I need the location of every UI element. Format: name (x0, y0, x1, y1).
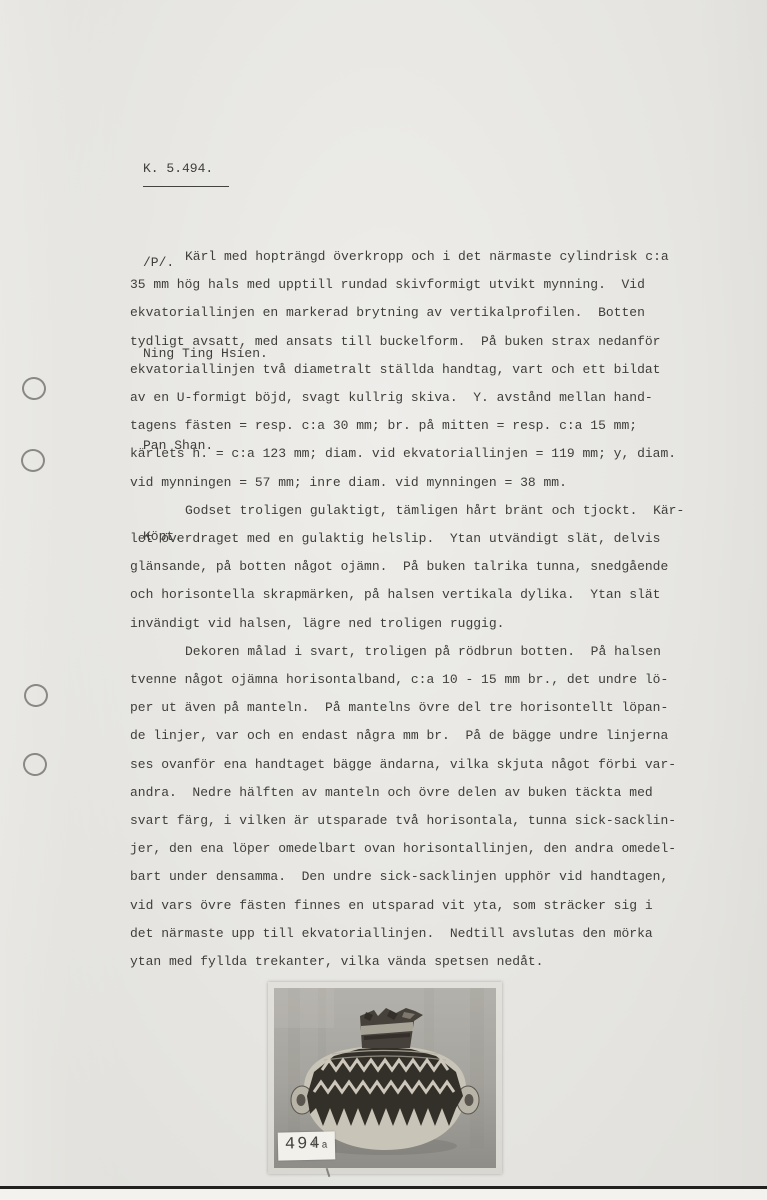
text-line: let överdraget med en gulaktig helslip. … (130, 525, 690, 553)
text-line: kärlets h. = c:a 123 mm; diam. vid ekvat… (130, 440, 690, 468)
text-line: 35 mm hög hals med upptill rundad skivfo… (130, 271, 690, 299)
text-line: ekvatoriallinjen två diametralt ställda … (130, 356, 690, 384)
text-line: Godset troligen gulaktigt, tämligen hårt… (130, 497, 690, 525)
photo-number-label: 494a (278, 1131, 335, 1160)
punch-hole (22, 752, 48, 777)
text-line: Dekoren målad i svart, troligen på rödbr… (130, 638, 690, 666)
text-line: ses ovanför ena handtaget bägge ändarna,… (130, 751, 690, 779)
scan-background-strip (0, 1189, 767, 1200)
paragraph-1: Kärl med hopträngd överkropp och i det n… (130, 243, 690, 497)
punch-hole (21, 375, 48, 401)
text-line: jer, den ena löper omedelbart ovan horis… (130, 835, 690, 863)
text-line: tagens fästen = resp. c:a 30 mm; br. på … (130, 412, 690, 440)
text-line: tydligt avsatt, med ansats till buckelfo… (130, 328, 690, 356)
description-text: Kärl med hopträngd överkropp och i det n… (130, 243, 690, 976)
photo-image-area: 494a (274, 988, 496, 1168)
handle-hole-right (465, 1094, 474, 1106)
text-line: vid vars övre fästen finnes en utsparad … (130, 892, 690, 920)
text-line: per ut även på manteln. På mantelns övre… (130, 694, 690, 722)
handle-hole-left (297, 1094, 306, 1106)
text-line: ekvatoriallinjen en markerad brytning av… (130, 299, 690, 327)
text-line: glänsande, på botten något ojämn. På buk… (130, 553, 690, 581)
text-line: tvenne något ojämna horisontalband, c:a … (130, 666, 690, 694)
text-line: Kärl med hopträngd överkropp och i det n… (130, 243, 690, 271)
photo-number: 494 (285, 1135, 322, 1155)
text-line: de linjer, var och en endast några mm br… (130, 722, 690, 750)
text-line: det närmaste upp till ekvatoriallinjen. … (130, 920, 690, 948)
punch-hole (21, 449, 45, 472)
catalog-card-page: K. 5.494. /P/. Ning Ting Hsien. Pan Shan… (0, 0, 767, 1200)
catalog-number-line: K. 5.494. (143, 154, 268, 187)
punch-hole (23, 683, 49, 708)
text-line: andra. Nedre hälften av manteln och övre… (130, 779, 690, 807)
catalog-number: K. 5.494. (143, 154, 229, 187)
text-line: bart under densamma. Den undre sick-sack… (130, 863, 690, 891)
text-line: och horisontella skrapmärken, på halsen … (130, 581, 690, 609)
text-line: invändigt vid halsen, lägre ned troligen… (130, 610, 690, 638)
text-line: svart färg, i vilken är utsparade två ho… (130, 807, 690, 835)
vessel-photograph: 494a (268, 982, 502, 1174)
photo-number-suffix: a (322, 1141, 328, 1152)
paragraph-2: Godset troligen gulaktigt, tämligen hårt… (130, 497, 690, 638)
text-line: av en U-formigt böjd, svagt kullrig skiv… (130, 384, 690, 412)
paragraph-3: Dekoren målad i svart, troligen på rödbr… (130, 638, 690, 976)
text-line: ytan med fyllda trekanter, vilka vända s… (130, 948, 690, 976)
text-line: vid mynningen = 57 mm; inre diam. vid my… (130, 469, 690, 497)
